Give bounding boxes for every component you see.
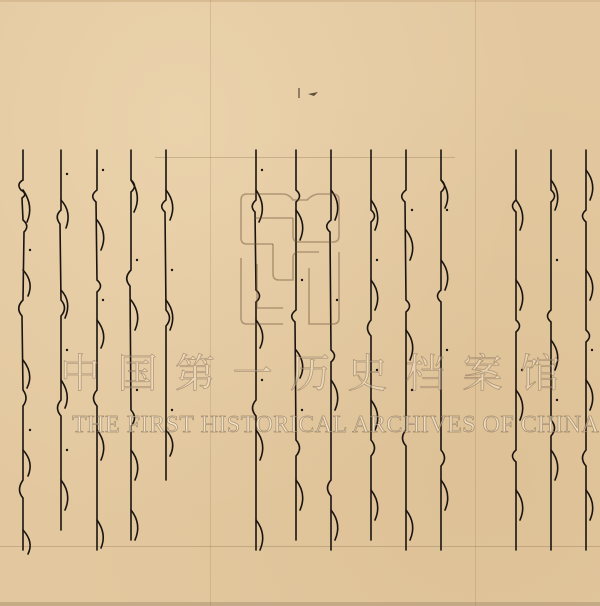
watermark-char: 国 — [118, 342, 158, 399]
watermark-english: THE FIRST HISTORICAL ARCHIVES OF CHINA — [72, 412, 542, 439]
fold-line-right — [475, 0, 476, 606]
watermark-char: 一 — [233, 342, 273, 399]
annotation-mark-icon — [296, 86, 332, 100]
watermark-char: 馆 — [520, 342, 560, 399]
watermark-char: 史 — [348, 342, 388, 399]
watermark-char: 案 — [463, 342, 503, 399]
watermark-char: 历 — [290, 342, 330, 399]
script-column-14 — [573, 150, 599, 560]
watermark-char: 中 — [60, 342, 100, 399]
document-page: 中 国 第 一 历 史 档 案 馆 THE FIRST HISTORICAL A… — [0, 0, 600, 606]
watermark-char: 档 — [405, 342, 445, 399]
page-top-edge — [0, 0, 600, 2]
watermark-chinese: 中 国 第 一 历 史 档 案 馆 — [60, 340, 560, 400]
script-column-1 — [10, 150, 36, 560]
watermark-char: 第 — [175, 342, 215, 399]
page-bottom-edge — [0, 602, 600, 606]
fold-line-left — [210, 0, 211, 606]
archive-seal-icon — [233, 178, 341, 326]
